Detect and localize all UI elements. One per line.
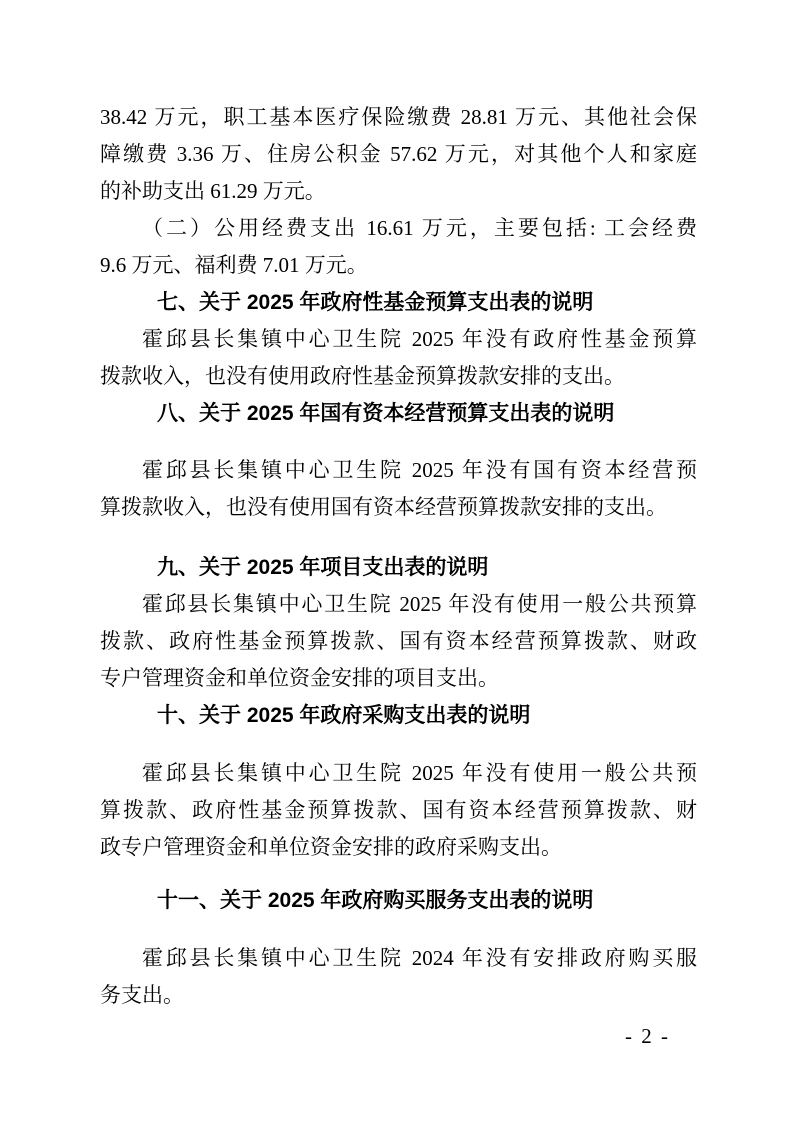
text-line: （二）公用经费支出 16.61 万元，主要包括: 工会经费: [100, 210, 697, 247]
text-line: 霍邱县长集镇中心卫生院 2024 年没有安排政府购买服: [100, 940, 697, 977]
paragraph-project-expense: 霍邱县长集镇中心卫生院 2025 年没有使用一般公共预算 拨款、政府性基金预算拨…: [100, 586, 697, 697]
text-line: 霍邱县长集镇中心卫生院 2025 年没有国有资本经营预: [100, 452, 697, 489]
text-line: 霍邱县长集镇中心卫生院 2025 年没有使用一般公共预: [100, 755, 697, 792]
heading-section-8-state-capital-budget: 八、关于 2025 年国有资本经营预算支出表的说明: [100, 395, 697, 432]
text-line: 38.42 万元，职工基本医疗保险缴费 28.81 万元、其他社会保: [100, 99, 697, 136]
document-page: 38.42 万元，职工基本医疗保险缴费 28.81 万元、其他社会保 障缴费 3…: [0, 0, 793, 1122]
text-line: 专户管理资金和单位资金安排的项目支出。: [100, 660, 697, 697]
paragraph-gov-purchased-services: 霍邱县长集镇中心卫生院 2024 年没有安排政府购买服 务支出。: [100, 940, 697, 1014]
page-number-label: - 2 -: [625, 1024, 670, 1048]
text-line: 障缴费 3.36 万、住房公积金 57.62 万元，对其他个人和家庭: [100, 136, 697, 173]
heading-section-7-gov-fund-budget: 七、关于 2025 年政府性基金预算支出表的说明: [100, 284, 697, 321]
document-body: 38.42 万元，职工基本医疗保险缴费 28.81 万元、其他社会保 障缴费 3…: [100, 99, 697, 1055]
text-line: 务支出。: [100, 977, 697, 1014]
page-number: - 2 -: [100, 1018, 697, 1055]
heading-section-10-gov-procurement: 十、关于 2025 年政府采购支出表的说明: [100, 697, 697, 734]
paragraph-gov-fund-budget: 霍邱县长集镇中心卫生院 2025 年没有政府性基金预算 拨款收入，也没有使用政府…: [100, 321, 697, 395]
text-line: 算拨款、政府性基金预算拨款、国有资本经营预算拨款、财: [100, 792, 697, 829]
heading-section-11-gov-purchased-services: 十一、关于 2025 年政府购买服务支出表的说明: [100, 882, 697, 919]
paragraph-personnel-benefit-expenses: 38.42 万元，职工基本医疗保险缴费 28.81 万元、其他社会保 障缴费 3…: [100, 99, 697, 210]
text-line: 拨款收入，也没有使用政府性基金预算拨款安排的支出。: [100, 358, 697, 395]
heading-section-9-project-expense: 九、关于 2025 年项目支出表的说明: [100, 549, 697, 586]
text-line: 霍邱县长集镇中心卫生院 2025 年没有使用一般公共预算: [100, 586, 697, 623]
text-line: 9.6 万元、福利费 7.01 万元。: [100, 247, 697, 284]
text-line: 拨款、政府性基金预算拨款、国有资本经营预算拨款、财政: [100, 623, 697, 660]
paragraph-public-funds-expense: （二）公用经费支出 16.61 万元，主要包括: 工会经费 9.6 万元、福利费…: [100, 210, 697, 284]
paragraph-state-capital-budget: 霍邱县长集镇中心卫生院 2025 年没有国有资本经营预 算拨款收入，也没有使用国…: [100, 452, 697, 526]
text-line: 政专户管理资金和单位资金安排的政府采购支出。: [100, 829, 697, 866]
text-line: 霍邱县长集镇中心卫生院 2025 年没有政府性基金预算: [100, 321, 697, 358]
text-line: 算拨款收入，也没有使用国有资本经营预算拨款安排的支出。: [100, 489, 697, 526]
text-line: 的补助支出 61.29 万元。: [100, 173, 697, 210]
paragraph-gov-procurement: 霍邱县长集镇中心卫生院 2025 年没有使用一般公共预 算拨款、政府性基金预算拨…: [100, 755, 697, 866]
